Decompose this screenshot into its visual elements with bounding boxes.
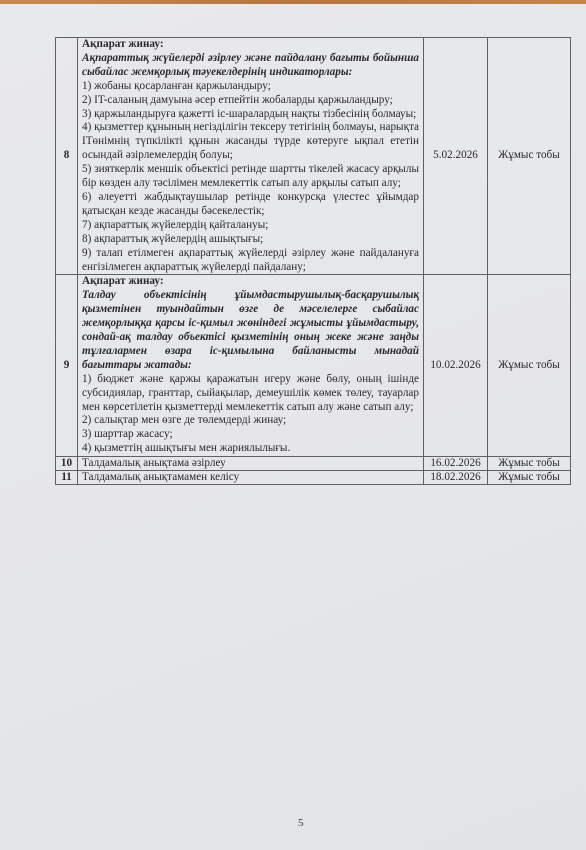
page-number: 5 [298,817,304,829]
row-responsible: Жұмыс тобы [488,471,571,485]
row-description: Ақпарат жинау: Ақпараттық жүйелерді әзір… [78,38,424,275]
row-deadline: 16.02.2026 [424,457,488,471]
row-description: Талдамалық анықтама әзірлеу [78,457,424,471]
section-subheading: Ақпараттық жүйелерді әзірлеу және пайдал… [82,52,419,80]
row-number: 8 [56,38,78,275]
row-description: Ақпарат жинау: Талдау объектісінің ұйымд… [78,275,424,457]
list-item: 7) ақпараттық жүйелердің қайталануы; [82,219,419,233]
list-item: 9) талап етілмеген ақпараттық жүйелерді … [82,247,419,275]
list-item: 1) жобаны қосарланған қаржыландыру; [82,80,419,94]
section-subheading: Талдау объектісінің ұйымдастырушылық-бас… [82,289,419,372]
document-page: 8 Ақпарат жинау: Ақпараттық жүйелерді әз… [0,4,586,850]
list-item: 2) IT-саланың дамуына әсер етпейтін жоба… [82,94,419,108]
list-item: 5) зияткерлік меншік объектісі ретінде ш… [82,163,419,191]
table-row: 11 Талдамалық анықтамамен келісу 18.02.2… [56,471,571,485]
section-heading: Ақпарат жинау: [82,38,419,52]
row-number: 11 [56,471,78,485]
row-responsible: Жұмыс тобы [488,457,571,471]
list-item: 4) қызметтер құнының негізділігін тексер… [82,121,419,163]
list-item: 2) салықтар мен өзге де төлемдерді жинау… [82,414,419,428]
action-plan-table: 8 Ақпарат жинау: Ақпараттық жүйелерді әз… [55,37,571,485]
row-deadline: 18.02.2026 [424,471,488,485]
row-deadline: 5.02.2026 [424,38,488,275]
section-heading: Ақпарат жинау: [82,275,419,289]
row-number: 9 [56,275,78,457]
row-deadline: 10.02.2026 [424,275,488,457]
list-item: 1) бюджет және қаржы қаражатын игеру жән… [82,373,419,415]
row-number: 10 [56,457,78,471]
list-item: 8) ақпараттық жүйелердің ашықтығы; [82,233,419,247]
table-row: 8 Ақпарат жинау: Ақпараттық жүйелерді әз… [56,38,571,275]
list-item: 3) қаржыландыруға қажетті іс-шаралардың … [82,108,419,122]
row-responsible: Жұмыс тобы [488,38,571,275]
table-row: 10 Талдамалық анықтама әзірлеу 16.02.202… [56,457,571,471]
list-item: 4) қызметтің ашықтығы мен жариялылығы. [82,442,419,456]
table-row: 9 Ақпарат жинау: Талдау объектісінің ұйы… [56,275,571,457]
list-item: 6) әлеуетті жабдықтаушылар ретінде конку… [82,191,419,219]
row-responsible: Жұмыс тобы [488,275,571,457]
row-description: Талдамалық анықтамамен келісу [78,471,424,485]
list-item: 3) шарттар жасасу; [82,428,419,442]
